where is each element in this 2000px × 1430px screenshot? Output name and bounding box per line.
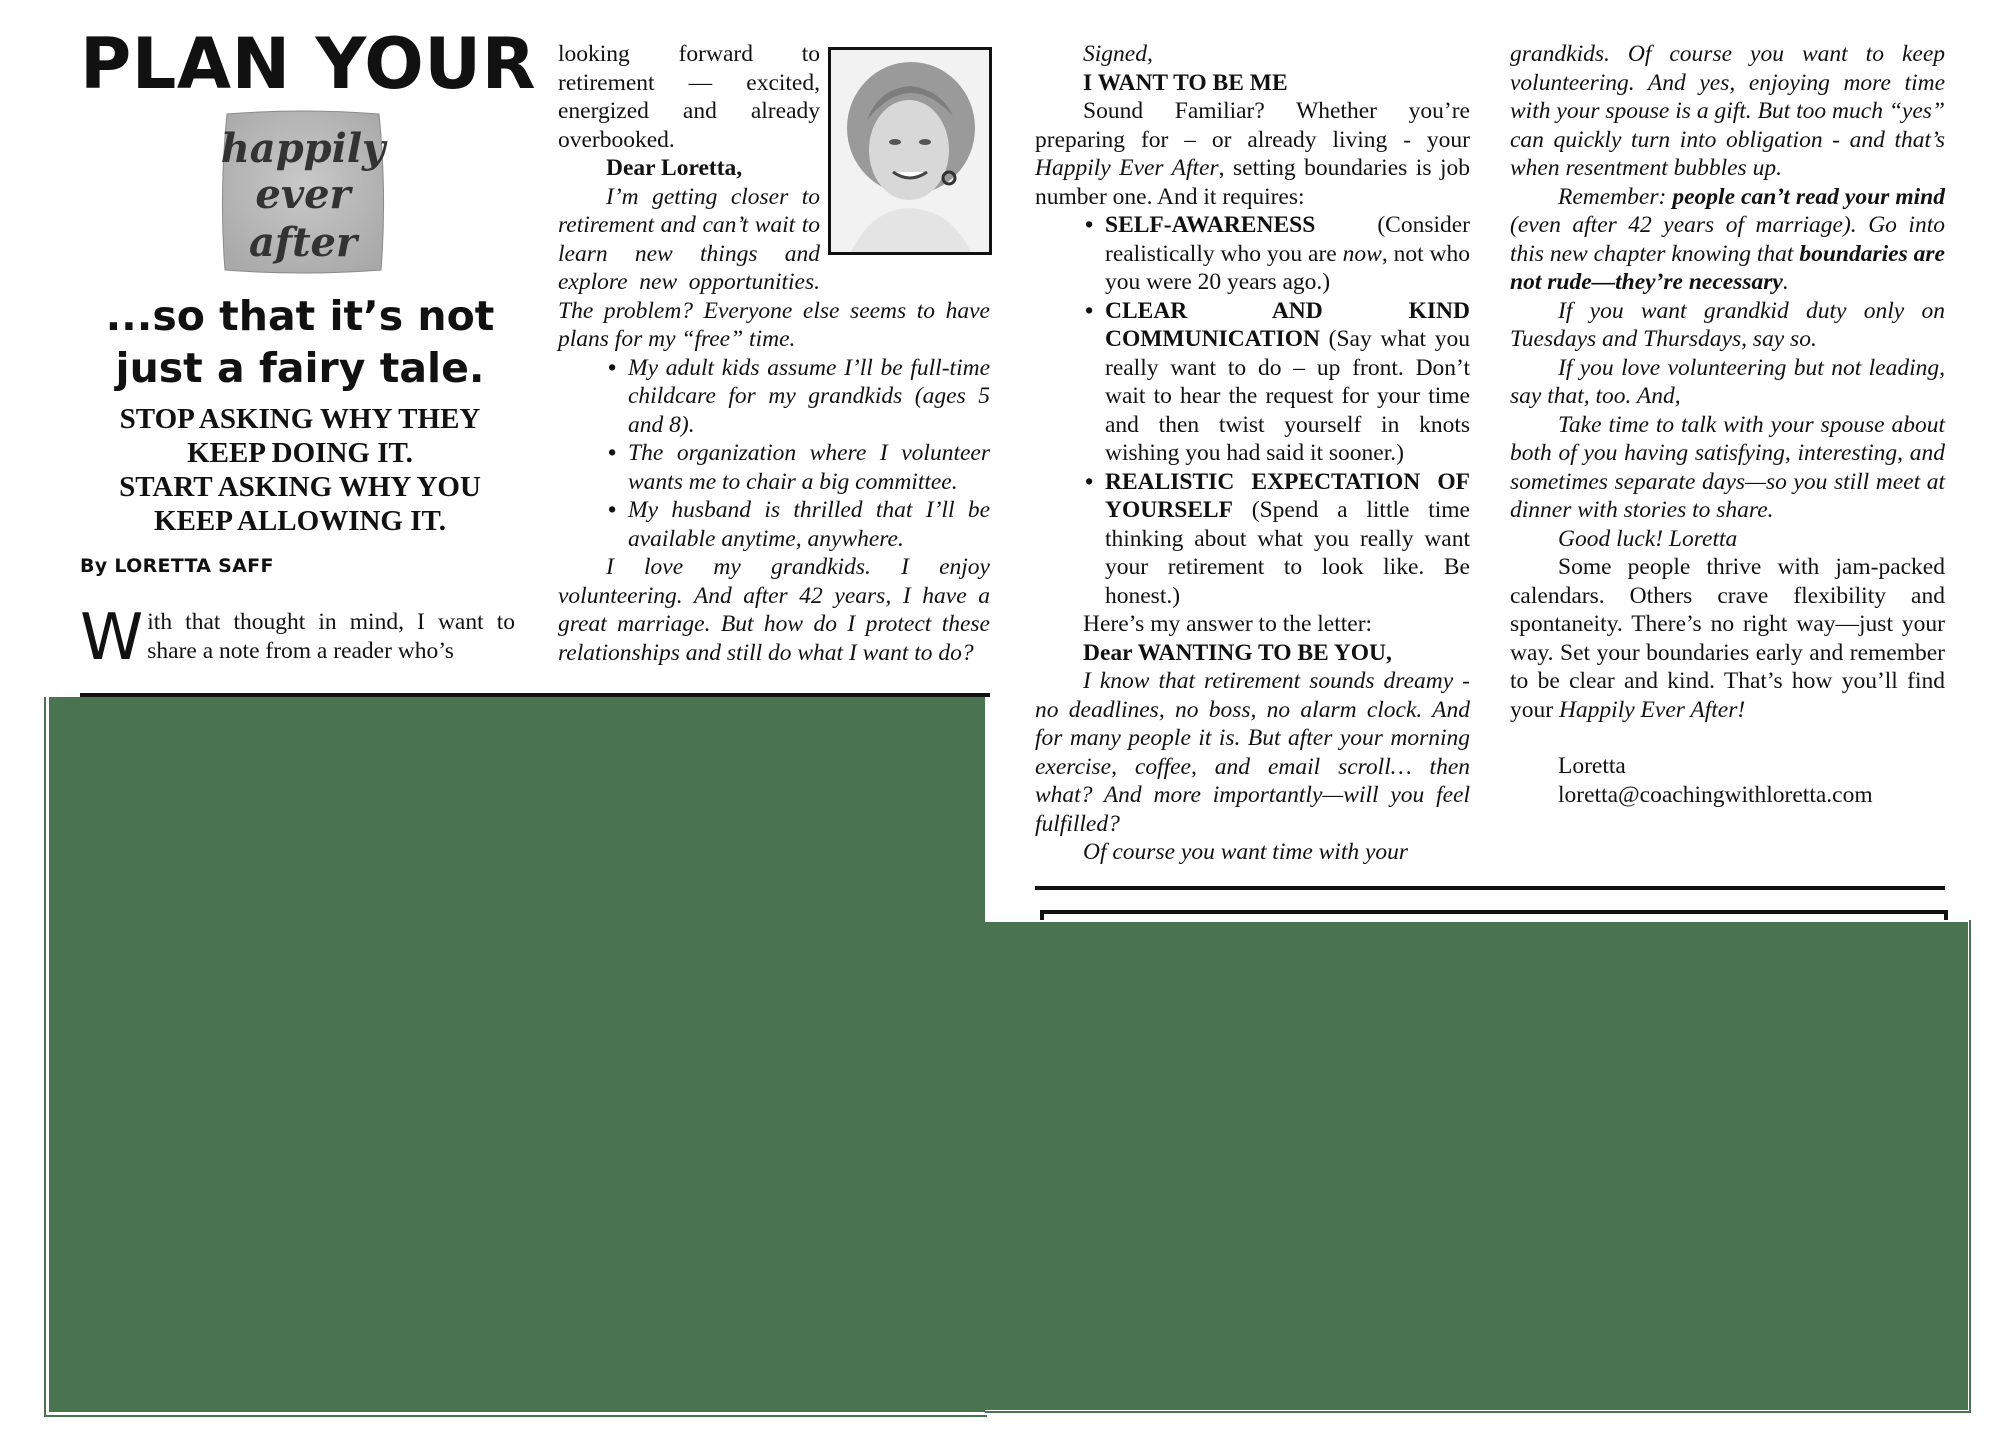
- byline: By LORETTA SAFF: [80, 555, 274, 577]
- overlay-edge: [44, 1415, 987, 1417]
- letter-bullet: My husband is thrilled that I’ll be avai…: [628, 496, 990, 553]
- remember-lead: Remember:: [1558, 184, 1672, 210]
- deck: STOP ASKING WHY THEY KEEP DOING IT. STAR…: [80, 402, 520, 538]
- requirement-emphasis: now: [1343, 241, 1382, 267]
- column-3: Signed, I WANT TO BE ME Sound Familiar? …: [1035, 40, 1470, 867]
- p1-start: Sound Familiar? Whether you’re preparing…: [1035, 98, 1470, 153]
- p1-emphasis: Happily Ever After: [1035, 155, 1219, 181]
- author-photo: [828, 47, 992, 255]
- green-overlay-right: [985, 920, 1970, 1412]
- subheadline: ...so that it’s not just a fairy tale.: [80, 290, 520, 394]
- green-overlay-left: [47, 697, 987, 1414]
- requirement-item: REALISTIC EXPECTATION OF YOURSELF (Spend…: [1105, 468, 1470, 611]
- overlay-edge: [985, 1411, 1971, 1413]
- requirement-item: CLEAR AND KIND COMMUNICATION (Say what y…: [1105, 297, 1470, 468]
- headline: PLAN YOUR: [80, 28, 520, 100]
- intro-text: ith that thought in mind, I want to shar…: [147, 609, 515, 664]
- letter-bullet: My adult kids assume I’ll be full-time c…: [628, 354, 990, 440]
- pillow-text-ever: ever: [255, 171, 353, 218]
- answer-paragraph-1: Sound Familiar? Whether you’re preparing…: [1035, 97, 1470, 211]
- spacer: [1510, 724, 1945, 752]
- signature-name: Loretta: [1510, 752, 1945, 781]
- overlay-edge: [44, 697, 46, 1417]
- portrait-icon: [831, 50, 989, 252]
- overlay-divider: [985, 697, 987, 922]
- answer-paragraph-3: Of course you want time with your: [1035, 838, 1470, 867]
- pillow-text-after: after: [249, 219, 360, 266]
- signature-email: loretta@coachingwithloretta.com: [1510, 781, 1945, 810]
- remember-end: .: [1783, 269, 1789, 295]
- letter-signature: I WANT TO BE ME: [1035, 69, 1470, 98]
- column-4: grandkids. Of course you want to keep vo…: [1510, 40, 1945, 809]
- column-rule-right: [1035, 886, 1945, 890]
- pillow-image: happily ever after: [205, 110, 401, 278]
- requirement-title: SELF-AWARENESS: [1105, 212, 1315, 238]
- closing-emphasis: Happily Ever After!: [1559, 697, 1745, 723]
- letter-bullet: The organization where I volunteer wants…: [628, 439, 990, 496]
- pillow-illustration-icon: happily ever after: [205, 110, 401, 278]
- closing-paragraph: Some people thrive with jam-packed calen…: [1510, 553, 1945, 724]
- answer-intro: Here’s my answer to the letter:: [1035, 610, 1470, 639]
- continued-paragraph: grandkids. Of course you want to keep vo…: [1510, 40, 1945, 183]
- requirements-list: SELF-AWARENESS (Consider realistically w…: [1035, 211, 1470, 610]
- intro-paragraph: W ith that thought in mind, I want to sh…: [80, 608, 515, 666]
- spouse-paragraph: Take time to talk with your spouse about…: [1510, 411, 1945, 525]
- answer-salutation: Dear WANTING TO BE YOU,: [1035, 639, 1470, 668]
- remember-paragraph: Remember: people can’t read your mind (e…: [1510, 183, 1945, 297]
- drop-cap: W: [80, 610, 143, 666]
- letter-paragraph-2: I love my grandkids. I enjoy volunteerin…: [558, 553, 990, 667]
- signed-label: Signed,: [1035, 40, 1470, 69]
- volunteer-paragraph: If you love volunteering but not leading…: [1510, 354, 1945, 411]
- grandkid-paragraph: If you want grandkid duty only on Tuesda…: [1510, 297, 1945, 354]
- overlay-edge: [1969, 920, 1971, 1412]
- answer-paragraph-2: I know that retirement sounds dreamy - n…: [1035, 667, 1470, 838]
- letter-bullet-list: My adult kids assume I’ll be full-time c…: [558, 354, 990, 554]
- remember-bold: people can’t read your mind: [1672, 184, 1945, 210]
- deck-line-1: STOP ASKING WHY THEY KEEP DOING IT.: [80, 402, 520, 470]
- good-luck: Good luck! Loretta: [1510, 525, 1945, 554]
- pillow-text-happily: happily: [221, 125, 388, 172]
- deck-line-2: START ASKING WHY YOU KEEP ALLOWING IT.: [80, 470, 520, 538]
- requirement-item: SELF-AWARENESS (Consider realistically w…: [1105, 211, 1470, 297]
